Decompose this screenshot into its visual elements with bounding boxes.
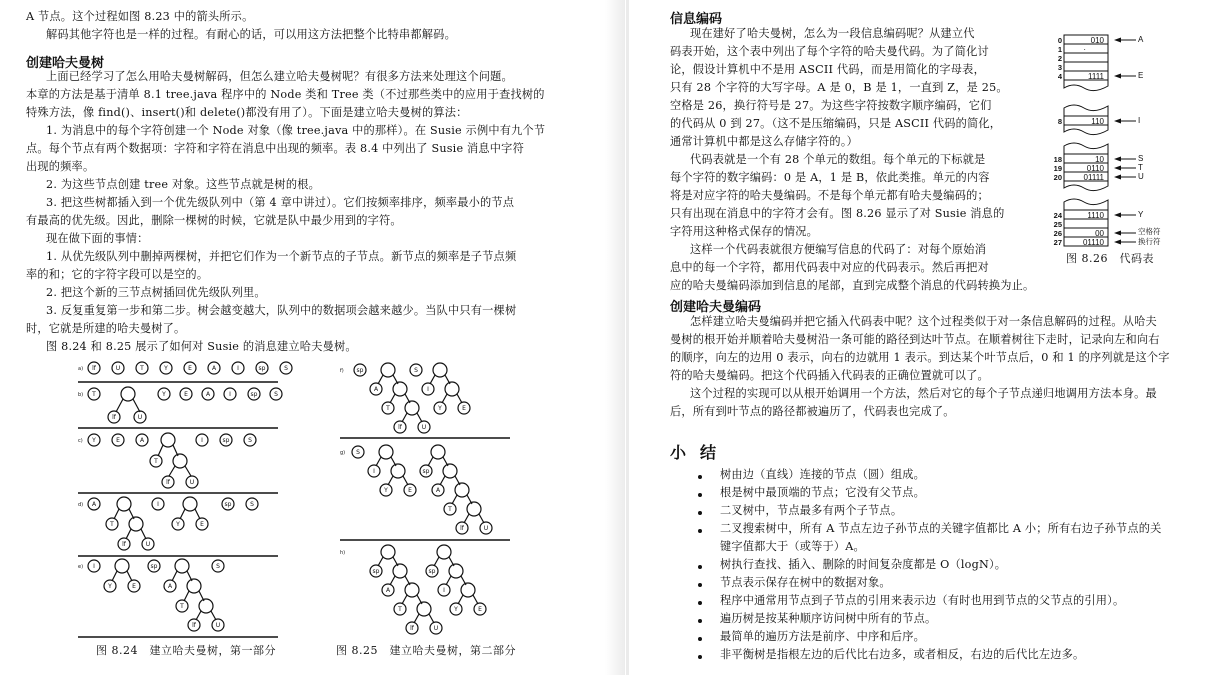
code-char-label: S bbox=[1138, 154, 1143, 163]
svg-text:I: I bbox=[427, 386, 429, 393]
svg-text:A: A bbox=[212, 365, 217, 372]
paragraph-line: 现在建好了哈夫曼树，怎么为一段信息编码呢？从建立代 bbox=[690, 25, 975, 43]
svg-text:T: T bbox=[153, 458, 158, 465]
paragraph-line: 应的哈夫曼编码添加到信息的尾部，直到完成整个消息的代码转换为止。 bbox=[670, 277, 1034, 295]
code-value: 1111 bbox=[1064, 72, 1104, 81]
svg-text:h): h) bbox=[340, 550, 345, 556]
paragraph-line: 本章的方法是基于清单 8.1 tree.java 程序中的 Node 类和 Tr… bbox=[26, 86, 545, 104]
paragraph-line: 的顺序，向左的边用 0 表示，向右的边就用 1 表示。到达某个叶节点后，0 和 … bbox=[670, 349, 1170, 367]
code-index: 19 bbox=[1046, 164, 1062, 173]
code-value: 10 bbox=[1064, 155, 1104, 164]
paragraph-line: 通常计算机中都是这么存储字符的。） bbox=[670, 133, 858, 151]
code-index: 8 bbox=[1046, 117, 1062, 126]
svg-text:A: A bbox=[168, 583, 173, 590]
summary-item: 遍历树是按某种顺序访问树中所有的节点。 bbox=[720, 610, 936, 628]
svg-text:E: E bbox=[200, 521, 204, 528]
svg-text:T: T bbox=[447, 506, 452, 513]
svg-text:S: S bbox=[248, 437, 252, 444]
paragraph-line: 怎样建立哈夫曼编码并把它插入代码表中呢？这个过程类似于对一条信息解码的过程。从哈… bbox=[690, 313, 1157, 331]
svg-text:T: T bbox=[385, 405, 390, 412]
svg-text:T: T bbox=[139, 365, 144, 372]
page-divider bbox=[626, 0, 629, 675]
svg-text:I: I bbox=[93, 563, 95, 570]
paragraph-line: 率的和；它的字符字段可以是空的。 bbox=[26, 266, 208, 284]
paragraph-line: 现在做下面的事情： bbox=[46, 230, 149, 248]
paragraph-line: 时，它就是所建的哈夫曼树了。 bbox=[26, 320, 185, 338]
figure-8-26-caption: 图 8.26 代码表 bbox=[1066, 250, 1154, 266]
code-index: 27 bbox=[1046, 238, 1062, 247]
svg-text:sp: sp bbox=[423, 468, 430, 475]
svg-text:sp: sp bbox=[373, 568, 380, 575]
svg-text:S: S bbox=[284, 365, 288, 372]
paragraph-line: 符的哈夫曼编码。把这个代码插入代码表的正确位置就可以了。 bbox=[670, 367, 989, 385]
summary-item: 树由边（直线）连接的节点（圆）组成。 bbox=[720, 466, 925, 484]
svg-text:sp: sp bbox=[225, 501, 232, 508]
paragraph-line: 每个字符的数字编码：0 是 A，1 是 B，依此类推。单元的内容 bbox=[670, 169, 990, 187]
svg-text:I: I bbox=[443, 587, 445, 594]
svg-text:d): d) bbox=[78, 502, 83, 508]
code-char-label: I bbox=[1138, 116, 1140, 125]
svg-text:I: I bbox=[229, 391, 231, 398]
bullet-icon bbox=[698, 493, 702, 497]
svg-text:E: E bbox=[408, 487, 412, 494]
svg-text:c): c) bbox=[78, 438, 83, 444]
svg-text:I: I bbox=[237, 365, 239, 372]
paragraph-line: 只有 28 个字符的大写字母。A 是 0，B 是 1，一直到 Z，是 25。 bbox=[670, 79, 1008, 97]
svg-text:I: I bbox=[157, 501, 159, 508]
svg-text:U: U bbox=[146, 541, 150, 548]
svg-text:E: E bbox=[116, 437, 120, 444]
page-gutter-shadow bbox=[605, 0, 625, 675]
paragraph-line: 出现的频率。 bbox=[26, 158, 94, 176]
svg-text:sp: sp bbox=[151, 563, 158, 570]
paragraph-line: 曼树的根开始并顺着哈夫曼树沿一条可能的路径到达叶节点。在顺着树往下走时，记录向左… bbox=[670, 331, 1160, 349]
bullet-icon bbox=[698, 529, 702, 533]
summary-item: 根是树中最顶端的节点；它没有父节点。 bbox=[720, 484, 925, 502]
svg-text:E: E bbox=[188, 365, 192, 372]
paragraph-line: 特殊方法，像 find()、insert()和 delete()都没有用了）。下… bbox=[26, 104, 468, 122]
code-value: 110 bbox=[1064, 117, 1104, 126]
paragraph-line: 的代码从 0 到 27。（这不是压缩编码，只是 ASCII 代码的简化， bbox=[670, 115, 1001, 133]
code-char-label: 换行符 bbox=[1138, 236, 1161, 247]
svg-text:S: S bbox=[356, 449, 360, 456]
svg-text:A: A bbox=[436, 487, 441, 494]
code-index: 0 bbox=[1046, 36, 1062, 45]
svg-text:e): e) bbox=[78, 564, 83, 570]
paragraph-line: 空格是 26，换行符号是 27。为这些字符按数字顺序编码，它们 bbox=[670, 97, 991, 115]
svg-text:I: I bbox=[373, 468, 375, 475]
code-value: 0110 bbox=[1064, 164, 1104, 173]
paragraph-line: 这个过程的实现可以从根开始调用一个方法，然后对它的每个子节点递归地调用方法本身。… bbox=[690, 385, 1157, 403]
paragraph-line: 有最高的优先级。因此，删除一棵树的时候，它就是队中最少用到的字符。 bbox=[26, 212, 402, 230]
svg-text:sp: sp bbox=[357, 367, 364, 374]
svg-text:A: A bbox=[386, 587, 391, 594]
code-char-label: U bbox=[1138, 172, 1144, 181]
paragraph-line: 将是对应字符的哈夫曼编码。不是每个单元都有哈夫曼编码的； bbox=[670, 187, 989, 205]
code-char-label: T bbox=[1138, 163, 1143, 172]
svg-text:f): f) bbox=[340, 368, 344, 374]
svg-text:U: U bbox=[434, 625, 438, 632]
paragraph-line: 这样一个代码表就很方便编写信息的代码了：对每个原始消 bbox=[690, 241, 986, 259]
text-line: A 节点。这个过程如图 8.23 中的箭头所示。 bbox=[26, 8, 253, 26]
svg-text:T: T bbox=[397, 606, 402, 613]
paragraph-line: 1. 从优先级队列中删掉两棵树，并把它们作为一个新节点的子节点。新节点的频率是子… bbox=[46, 248, 516, 266]
summary-item: 二叉树中，节点最多有两个子节点。 bbox=[720, 502, 902, 520]
svg-text:lf: lf bbox=[92, 365, 97, 372]
svg-text:S: S bbox=[216, 563, 220, 570]
svg-text:U: U bbox=[190, 479, 194, 486]
summary-item: 非平衡树是指根左边的后代比右边多，或者相反，右边的后代比左边多。 bbox=[720, 646, 1084, 664]
code-char-label: Y bbox=[1138, 210, 1143, 219]
bullet-icon bbox=[698, 475, 702, 479]
bullet-icon bbox=[698, 601, 702, 605]
bullet-icon bbox=[698, 583, 702, 587]
svg-text:T: T bbox=[179, 603, 184, 610]
summary-item: 最简单的遍历方法是前序、中序和后序。 bbox=[720, 628, 925, 646]
svg-text:Y: Y bbox=[91, 437, 96, 444]
summary-item-continued: 键字值都大于（或等于）A。 bbox=[720, 538, 865, 556]
svg-text:A: A bbox=[140, 437, 145, 444]
paragraph-line: 上面已经学习了怎么用哈夫曼树解码，但怎么建立哈夫曼树呢？有很多方法来处理这个问题… bbox=[46, 68, 513, 86]
code-value: 01111 bbox=[1064, 173, 1104, 182]
svg-text:lf: lf bbox=[460, 525, 465, 532]
svg-text:g): g) bbox=[340, 450, 345, 456]
svg-text:S: S bbox=[250, 501, 254, 508]
svg-text:lf: lf bbox=[122, 541, 127, 548]
summary-heading: 小结 bbox=[670, 440, 730, 463]
code-value: · bbox=[1064, 45, 1086, 54]
svg-text:Y: Y bbox=[437, 405, 442, 412]
paragraph-line: 论，假设计算机中不是用 ASCII 代码，而是用简化的字母表， bbox=[670, 61, 985, 79]
svg-text:Y: Y bbox=[175, 521, 180, 528]
svg-text:U: U bbox=[216, 622, 220, 629]
svg-text:S: S bbox=[274, 391, 278, 398]
summary-item: 程序中通常用节点到子节点的引用来表示边（有时也用到节点的父节点的引用）。 bbox=[720, 592, 1124, 610]
svg-text:E: E bbox=[462, 405, 466, 412]
paragraph-line: 图 8.24 和 8.25 展示了如何对 Susie 的消息建立哈夫曼树。 bbox=[46, 338, 357, 356]
code-index: 24 bbox=[1046, 211, 1062, 220]
svg-text:lf: lf bbox=[192, 622, 197, 629]
paragraph-line: 后，所有到叶节点的路径都被遍历了，代码表也完成了。 bbox=[670, 403, 955, 421]
svg-text:a): a) bbox=[78, 366, 83, 372]
figure-8-24-caption: 图 8.24 建立哈夫曼树，第一部分 bbox=[96, 642, 276, 658]
bullet-icon bbox=[698, 565, 702, 569]
figure-8-25-huffman-trees-part2: spATlfU SIYE SIYE spATlfU spATlfU spIYE … bbox=[340, 358, 520, 640]
paragraph-line: 只有出现在消息中的字符才会有。图 8.26 显示了对 Susie 消息的 bbox=[670, 205, 1004, 223]
svg-text:T: T bbox=[109, 521, 114, 528]
code-char-label: A bbox=[1138, 35, 1143, 44]
bullet-icon bbox=[698, 637, 702, 641]
paragraph-line: 1. 为消息中的每个字符创建一个 Node 对象（像 tree.java 中的那… bbox=[46, 122, 545, 140]
code-index: 3 bbox=[1046, 63, 1062, 72]
summary-item: 树执行查找、插入、删除的时间复杂度都是 O（logN）。 bbox=[720, 556, 1006, 574]
code-index: 2 bbox=[1046, 54, 1062, 63]
code-value: 01110 bbox=[1064, 238, 1104, 247]
figure-8-25-caption: 图 8.25 建立哈夫曼树，第二部分 bbox=[336, 642, 516, 658]
code-index: 18 bbox=[1046, 155, 1062, 164]
svg-text:Y: Y bbox=[107, 583, 112, 590]
code-value: 00 bbox=[1064, 229, 1104, 238]
figure-8-24-huffman-trees-part1: lfUTY EAIspS TlfUYE AIspS YEAT lfUIspS A… bbox=[78, 358, 318, 640]
paragraph-line: 点。每个节点有两个数据项：字符和字符在消息中出现的频率。表 8.4 中列出了 S… bbox=[26, 140, 524, 158]
svg-text:sp: sp bbox=[251, 391, 258, 398]
svg-text:U: U bbox=[422, 424, 426, 431]
svg-text:U: U bbox=[484, 525, 488, 532]
paragraph-line: 代码表就是一个有 28 个单元的数组。每个单元的下标就是 bbox=[690, 151, 985, 169]
bullet-icon bbox=[698, 511, 702, 515]
svg-text:E: E bbox=[478, 606, 482, 613]
svg-text:Y: Y bbox=[383, 487, 388, 494]
svg-text:b): b) bbox=[78, 392, 83, 398]
svg-text:E: E bbox=[184, 391, 188, 398]
svg-text:lf: lf bbox=[166, 479, 171, 486]
svg-text:A: A bbox=[92, 501, 97, 508]
svg-text:Y: Y bbox=[161, 391, 166, 398]
code-value: 010 bbox=[1064, 36, 1104, 45]
paragraph-line: 2. 把这个新的三节点树插回优先级队列里。 bbox=[46, 284, 266, 302]
code-char-label: E bbox=[1138, 71, 1143, 80]
bullet-icon bbox=[698, 655, 702, 659]
svg-text:A: A bbox=[374, 386, 379, 393]
svg-text:sp: sp bbox=[223, 437, 230, 444]
code-index: 1 bbox=[1046, 45, 1062, 54]
code-index: 20 bbox=[1046, 173, 1062, 182]
svg-text:lf: lf bbox=[410, 625, 415, 632]
svg-text:S: S bbox=[414, 367, 418, 374]
svg-text:lf: lf bbox=[112, 414, 117, 421]
code-index: 25 bbox=[1046, 220, 1062, 229]
paragraph-line: 3. 把这些树都插入到一个优先级队列中（第 4 章中讲过）。它们按频率排序，频率… bbox=[46, 194, 514, 212]
paragraph-line: 字符用这种格式保存的情况。 bbox=[670, 223, 818, 241]
svg-text:T: T bbox=[91, 391, 96, 398]
paragraph-line: 码表开始，这个表中列出了每个字符的哈夫曼代码。为了简化讨 bbox=[670, 43, 989, 61]
code-value: 1110 bbox=[1064, 211, 1104, 220]
svg-text:A: A bbox=[206, 391, 211, 398]
svg-text:E: E bbox=[132, 583, 136, 590]
summary-item: 节点表示保存在树中的数据对象。 bbox=[720, 574, 891, 592]
svg-text:Y: Y bbox=[453, 606, 458, 613]
summary-item: 二叉搜索树中，所有 A 节点左边子孙节点的关键字值都比 A 小；所有右边子孙节点… bbox=[720, 520, 1162, 538]
paragraph-line: 息中的每一个字符，都用代码表中对应的代码表示。然后再把对 bbox=[670, 259, 989, 277]
paragraph-line: 3. 反复重复第一步和第二步。树会越变越大，队列中的数据项会越来越少。当队中只有… bbox=[46, 302, 516, 320]
svg-text:I: I bbox=[201, 437, 203, 444]
svg-text:sp: sp bbox=[429, 568, 436, 575]
paragraph-line: 2. 为这些节点创建 tree 对象。这些节点就是树的根。 bbox=[46, 176, 320, 194]
code-index: 26 bbox=[1046, 229, 1062, 238]
svg-text:U: U bbox=[116, 365, 120, 372]
code-index: 4 bbox=[1046, 72, 1062, 81]
svg-text:lf: lf bbox=[398, 424, 403, 431]
svg-text:Y: Y bbox=[163, 365, 168, 372]
svg-text:U: U bbox=[138, 414, 142, 421]
svg-text:sp: sp bbox=[259, 365, 266, 372]
bullet-icon bbox=[698, 619, 702, 623]
text-line: 解码其他字符也是一样的过程。有耐心的话，可以用这方法把整个比特串都解码。 bbox=[46, 26, 456, 44]
